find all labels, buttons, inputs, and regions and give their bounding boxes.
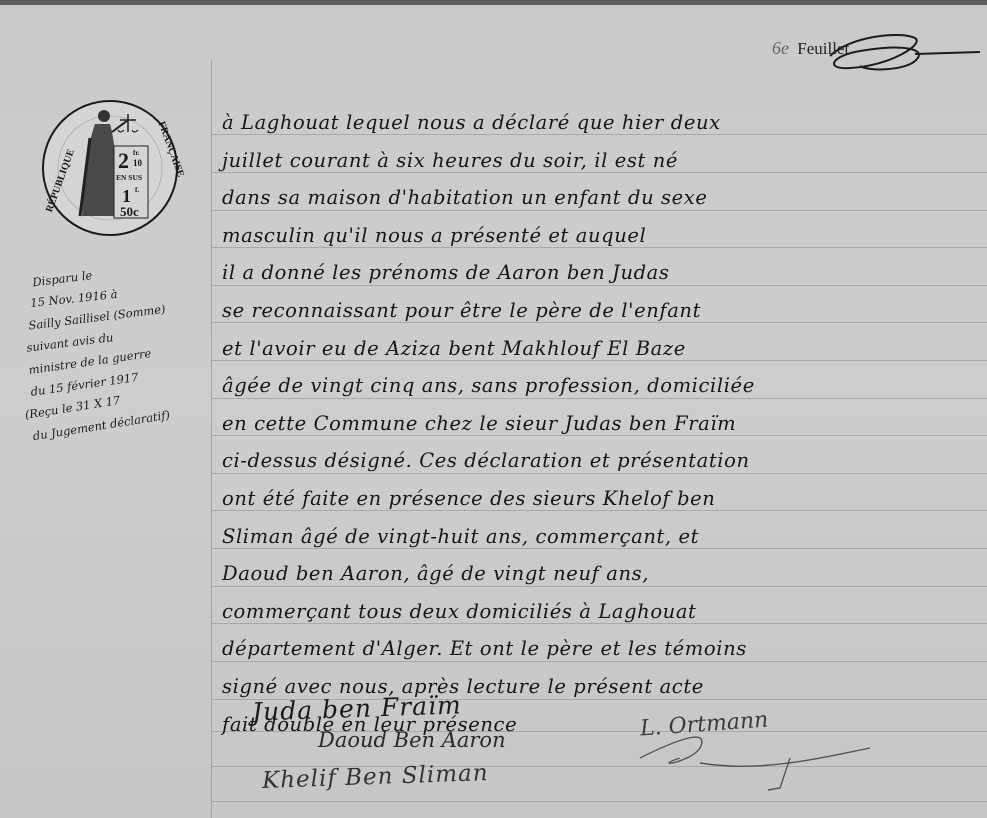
record-line: en cette Commune chez le sieur Judas ben… [222,405,982,443]
record-line: dans sa maison d'habitation un enfant du… [222,179,982,217]
record-line: département d'Alger. Et ont le père et l… [222,630,982,668]
signature-father: Juda ben Fraïm [252,690,463,726]
signature-witness-2: Khelif Ben Sliman [262,760,489,794]
record-line: se reconnaissant pour être le père de l'… [222,292,982,330]
record-line: masculin qu'il nous a présenté et auquel [222,217,982,255]
stamp-price-note: EN SUS [116,173,142,182]
stamp-price-secondary-unit: f. [135,186,139,194]
sheet-number: 6e [772,38,789,58]
record-line: commerçant tous deux domiciliés à Laghou… [222,593,982,631]
record-line: il a donné les prénoms de Aaron ben Juda… [222,254,982,292]
stamp-price-cents: 50c [120,204,139,220]
margin-rule [211,60,212,818]
record-line: âgée de vingt cinq ans, sans profession,… [222,367,982,405]
paraph-flourish-icon [820,26,980,76]
record-line: Sliman âgé de vingt-huit ans, commerçant… [222,518,982,556]
stamp-price-main: 2 [118,148,129,174]
record-line: ont été faite en présence des sieurs Khe… [222,480,982,518]
record-line: à Laghouat lequel nous a déclaré que hie… [222,104,982,142]
fiscal-stamp: RÉPUBLIQUE FRANÇAISE 2 fr. 10 EN SUS 1 f… [40,98,180,238]
record-line: et l'avoir eu de Aziza bent Makhlouf El … [222,330,982,368]
margin-annotation: Disparu le 15 Nov. 1916 à Sailly Saillis… [22,262,202,434]
stamp-price-unit: fr. [133,149,140,157]
signature-block: Juda ben Fraïm Daoud Ben Aaron Khelif Be… [240,690,980,818]
birth-record-text: à Laghouat lequel nous a déclaré que hie… [222,104,982,743]
signature-witness-1: Daoud Ben Aaron [318,728,506,752]
record-line: juillet courant à six heures du soir, il… [222,142,982,180]
record-line: Daoud ben Aaron, âgé de vingt neuf ans, [222,555,982,593]
scan-top-edge [0,0,987,5]
stamp-price-fraction: 10 [133,158,142,168]
register-page: 6e Feuillet RÉPUBLIQUE FRANÇAISE 2 fr. 1… [0,0,987,818]
record-line: ci-dessus désigné. Ces déclaration et pr… [222,442,982,480]
